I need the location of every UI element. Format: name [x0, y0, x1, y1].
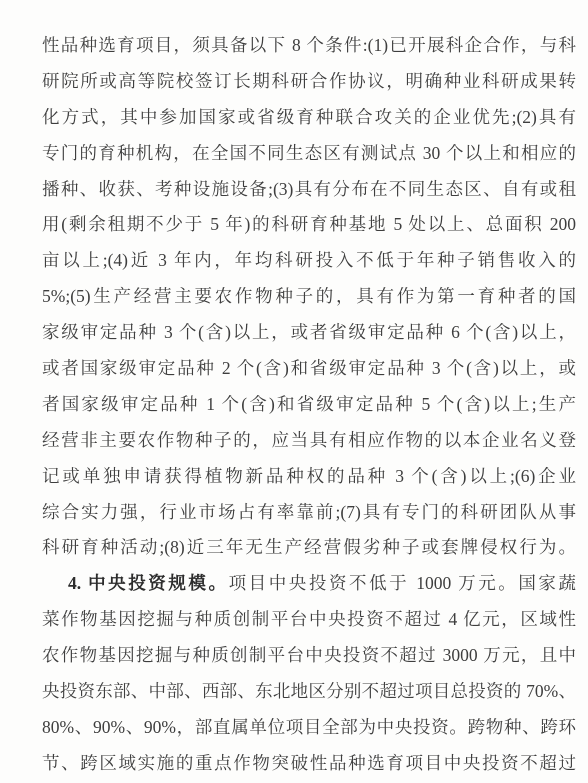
document-page: 性品种选育项目，须具备以下 8 个条件:(1)已开展科企合作，与科 研院所或高等…	[0, 0, 588, 783]
text-line: 综合实力强，行业市场占有率靠前;(7)具有专门的科研团队从事	[42, 495, 576, 531]
text-line: 节、跨区域实施的重点作物突破性品种选育项目中央投资不超过	[42, 746, 576, 782]
text-line: 化方式，其中参加国家或省级育种联合攻关的企业优先;(2)具有	[42, 100, 576, 136]
paragraph-central-investment-scale: 4. 中央投资规模。项目中央投资不低于 1000 万元。国家蔬 菜作物基因挖掘与…	[42, 566, 576, 781]
text-line: 80%、90%、90%，部直属单位项目全部为中央投资。跨物种、跨环	[42, 710, 576, 746]
text-line: 5%;(5)生产经营主要农作物种子的，具有作为第一育种者的国	[42, 279, 576, 315]
text-line: 播种、收获、考种设施设备;(3)具有分布在不同生态区、自有或租	[42, 172, 576, 208]
section-lead-text: 项目中央投资不低于 1000 万元。国家蔬	[229, 573, 576, 593]
text-line: 农作物基因挖掘与种质创制平台中央投资不超过 3000 万元，且中	[42, 638, 576, 674]
text-line: 4. 中央投资规模。项目中央投资不低于 1000 万元。国家蔬	[42, 566, 576, 602]
text-line: 家级审定品种 3 个(含)以上，或者省级审定品种 6 个(含)以上，	[42, 315, 576, 351]
text-line: 菜作物基因挖掘与种质创制平台中央投资不超过 4 亿元，区域性	[42, 602, 576, 638]
text-line: 或者国家级审定品种 2 个(含)和省级审定品种 3 个(含)以上，或	[42, 351, 576, 387]
text-line: 者国家级审定品种 1 个(含)和省级审定品种 5 个(含)以上;生产	[42, 387, 576, 423]
text-line: 科研育种活动;(8)近三年无生产经营假劣种子或套牌侵权行为。	[42, 530, 576, 566]
text-line: 研院所或高等院校签订长期科研合作协议，明确种业科研成果转	[42, 64, 576, 100]
text-line: 专门的育种机构，在全国不同生态区有测试点 30 个以上和相应的	[42, 136, 576, 172]
text-line: 央投资东部、中部、西部、东北地区分别不超过项目总投资的 70%、	[42, 674, 576, 710]
text-line: 用(剩余租期不少于 5 年)的科研育种基地 5 处以上、总面积 200	[42, 207, 576, 243]
text-line: 性品种选育项目，须具备以下 8 个条件:(1)已开展科企合作，与科	[42, 28, 576, 64]
text-line: 经营非主要农作物种子的，应当具有相应作物的以本企业名义登	[42, 423, 576, 459]
section-heading: 4. 中央投资规模。	[68, 573, 229, 593]
paragraph-eight-conditions: 性品种选育项目，须具备以下 8 个条件:(1)已开展科企合作，与科 研院所或高等…	[42, 28, 576, 566]
text-line: 亩以上;(4)近 3 年内，年均科研投入不低于年种子销售收入的	[42, 243, 576, 279]
text-line: 记或单独申请获得植物新品种权的品种 3 个(含)以上;(6)企业	[42, 459, 576, 495]
